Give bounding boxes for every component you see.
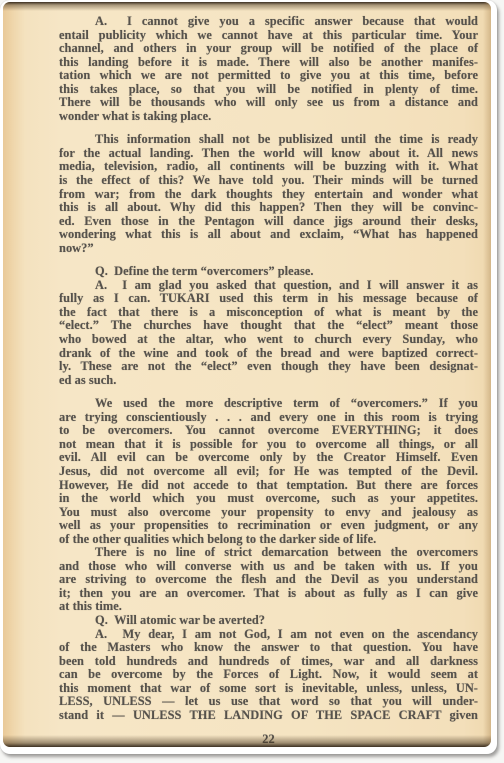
text-line: now?”	[59, 242, 478, 256]
paragraph: This information shall not be publisized…	[59, 133, 478, 255]
text-line: the fact that there is a misconception o…	[59, 306, 478, 320]
text-line: this moment that war of some sort is ine…	[59, 682, 478, 696]
text-line: A. I am glad you asked that question, an…	[59, 279, 478, 293]
text-line: We used the more descriptive term of “ov…	[59, 397, 478, 411]
text-line: is the effect of this? We have told you.…	[59, 174, 478, 188]
text-line: A. I cannot give you a specific answer b…	[59, 15, 478, 29]
text-line: to be overcomers. You cannot overcome EV…	[59, 424, 478, 438]
text-line: However, He did not accede to that tempt…	[59, 479, 478, 493]
text-line: Q. Define the term “overcomers” please.	[59, 265, 478, 279]
text-line: it; then you are an overcomer. That is a…	[59, 587, 478, 601]
paragraph: Q. Define the term “overcomers” please.A…	[59, 265, 478, 387]
text-line: for the actual landing. Then the world w…	[59, 147, 478, 161]
paragraph: We used the more descriptive term of “ov…	[59, 397, 478, 722]
text-line: This information shall not be publisized…	[59, 133, 478, 147]
text-line: There will be thousands who will only se…	[59, 96, 478, 110]
text-line: media, television, radio, all continents…	[59, 160, 478, 174]
text-line: ed as such.	[59, 374, 478, 388]
text-line: Q. Will atomic war be averted?	[59, 614, 478, 628]
text-line: of the other qualities which belong to t…	[59, 533, 478, 547]
text-line: evil. All evil can be overcome only by t…	[59, 451, 478, 465]
text-line: can be overcome by the Forces of Light. …	[59, 668, 478, 682]
text-line: are striving to overcome the flesh and t…	[59, 573, 478, 587]
page-number: 22	[59, 733, 478, 747]
book-page-scan: A. I cannot give you a specific answer b…	[3, 2, 491, 747]
scan-right-edge-shadow	[483, 2, 491, 747]
text-line: A. My dear, I am not God, I am not even …	[59, 628, 478, 642]
text-line: who bowed at the altar, who went to chur…	[59, 333, 478, 347]
text-block: A. I cannot give you a specific answer b…	[59, 15, 478, 747]
text-line: “elect.” The churches have thought that …	[59, 319, 478, 333]
text-line: of the Masters who know the answer to th…	[59, 641, 478, 655]
paragraph: A. I cannot give you a specific answer b…	[59, 15, 478, 123]
text-line: Jesus, did not overcome all evil; for He…	[59, 465, 478, 479]
text-line: fully as I can. TUKARI used this term in…	[59, 292, 478, 306]
text-line: and those who will converse with us and …	[59, 560, 478, 574]
text-line: drank of the wine and took of the bread …	[59, 347, 478, 361]
text-line: this takes place, so that you will be no…	[59, 83, 478, 97]
text-line: from war; from the dark thoughts they en…	[59, 188, 478, 202]
text-line: well as your propensities to recriminati…	[59, 519, 478, 533]
text-line: wondering what this is all about and exc…	[59, 228, 478, 242]
scan-top-edge-shadow	[3, 2, 491, 11]
text-line: not mean that it is possible for you to …	[59, 438, 478, 452]
text-line: ly. These are not the “elect” even thoug…	[59, 360, 478, 374]
text-line: stand it — UNLESS THE LANDING OF THE SPA…	[59, 709, 478, 723]
text-line: at this time.	[59, 600, 478, 614]
text-line: this is all about. Why did this happen? …	[59, 201, 478, 215]
text-line: wonder what is taking place.	[59, 110, 478, 124]
text-line: channel, and others in your group will b…	[59, 42, 478, 56]
scanned-page-photo: A. I cannot give you a specific answer b…	[0, 0, 497, 754]
text-line: You must also overcome your propensity t…	[59, 506, 478, 520]
text-line: this landing before it is made. There wi…	[59, 56, 478, 70]
text-line: been told hundreds and hundreds of times…	[59, 655, 478, 669]
text-line: tation which we are not permitted to giv…	[59, 69, 478, 83]
text-line: LESS, UNLESS — let us use that word so t…	[59, 695, 478, 709]
text-line: There is no line of strict demarcation b…	[59, 546, 478, 560]
text-line: are trying conscientiously . . . and eve…	[59, 411, 478, 425]
text-line: entail publicity which we cannot have at…	[59, 29, 478, 43]
text-line: in the world which you must overcome, su…	[59, 492, 478, 506]
text-line: ed. Even those in the Pentagon will danc…	[59, 215, 478, 229]
